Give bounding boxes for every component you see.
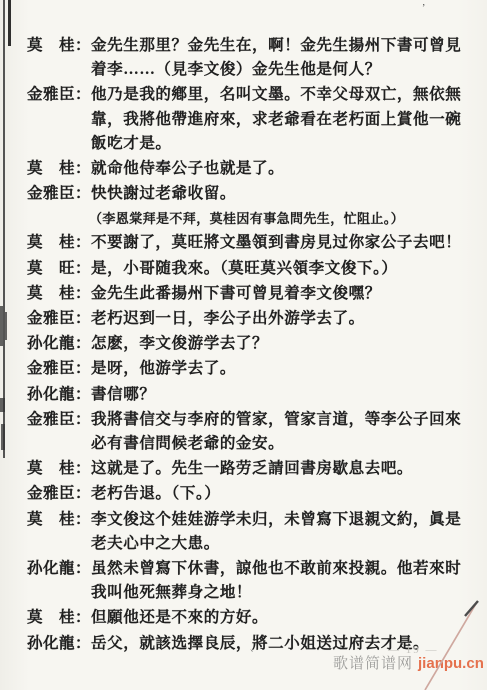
- dialogue-line: 孙化龍： 書信哪？: [27, 383, 467, 407]
- scan-artifact: ’: [422, 4, 425, 14]
- dialogue-text: 金先生那里？金先生在，啊！金先生揚州下書可曾見着李……（見李文俊）金先生他是何人…: [91, 34, 467, 82]
- left-edge-tick: [8, 0, 11, 46]
- left-binding-line: [3, 0, 5, 458]
- speaker-name: 莫 桂：: [27, 34, 91, 82]
- dialogue-text: 快快謝过老爺收留。: [91, 182, 467, 206]
- dialogue-text: 老朽告退。（下。）: [91, 482, 467, 506]
- dialogue-line: 莫 桂： 不要謝了，莫旺將文墨領到書房見过你家公子去吧！: [27, 231, 467, 255]
- scan-artifact: [1, 424, 5, 450]
- scanned-script-page: ’ 、 莫 桂： 金先生那里？金先生在，啊！金先生揚州下書可曾見着李……（見李文…: [0, 0, 487, 690]
- dialogue-content: 莫 桂： 金先生那里？金先生在，啊！金先生揚州下書可曾見着李……（見李文俊）金先…: [27, 34, 467, 657]
- speaker-name: 莫 桂：: [27, 157, 91, 181]
- speaker-name: 金雅臣：: [27, 182, 91, 206]
- speaker-name: 金雅臣：: [27, 83, 91, 156]
- speaker-name: 孙化龍：: [27, 632, 91, 656]
- dialogue-text: 这就是了。先生一路劳乏請回書房歇息去吧。: [91, 457, 467, 481]
- diagonal-scan-artifact: [377, 585, 487, 690]
- scan-artifact: [5, 312, 7, 340]
- dialogue-line: 莫 桂： 这就是了。先生一路劳乏請回書房歇息去吧。: [27, 457, 467, 481]
- dialogue-line: 莫 桂： 李文俊这个娃娃游学未归，未曾寫下退親文約，眞是老夫心中之大患。: [27, 508, 467, 556]
- dialogue-text: 書信哪？: [91, 383, 467, 407]
- dialogue-text: 怎麽，李文俊游学去了？: [91, 332, 467, 356]
- scan-artifact: [0, 398, 5, 412]
- dialogue-line: 金雅臣： 快快謝过老爺收留。: [27, 182, 467, 206]
- speaker-name: 莫 旺：: [27, 257, 91, 281]
- dialogue-line: 金雅臣： 老朽告退。（下。）: [27, 482, 467, 506]
- speaker-name: 莫 桂：: [27, 457, 91, 481]
- dialogue-text: 我將書信交与李府的管家，管家言道，等李公子回來必有書信問候老爺的金安。: [91, 408, 467, 456]
- dialogue-line: 金雅臣： 他乃是我的鄕里，名叫文墨。不幸父母双亡，無依無靠，我將他帶進府來，求老…: [27, 83, 467, 156]
- speaker-name: 莫 桂：: [27, 606, 91, 630]
- dialogue-line: 莫 桂： 就命他侍奉公子也就是了。: [27, 157, 467, 181]
- dialogue-line: 孙化龍： 怎麽，李文俊游学去了？: [27, 332, 467, 356]
- dialogue-text: 老朽迟到一日，李公子出外游学去了。: [91, 307, 467, 331]
- speaker-name: 金雅臣：: [27, 408, 91, 456]
- speaker-name: 孙化龍：: [27, 332, 91, 356]
- dialogue-text: 是呀，他游学去了。: [91, 357, 467, 381]
- dialogue-text: 金先生此番揚州下書可曾見着李文俊嘿？: [91, 282, 467, 306]
- speaker-name: 莫 桂：: [27, 508, 91, 556]
- dialogue-text: 他乃是我的鄕里，名叫文墨。不幸父母双亡，無依無靠，我將他帶進府來，求老爺看在老朽…: [91, 83, 467, 156]
- dialogue-text: 就命他侍奉公子也就是了。: [91, 157, 467, 181]
- dialogue-line: 莫 桂： 金先生此番揚州下書可曾見着李文俊嘿？: [27, 282, 467, 306]
- dialogue-text: 不要謝了，莫旺將文墨領到書房見过你家公子去吧！: [91, 231, 467, 255]
- speaker-name: 金雅臣：: [27, 357, 91, 381]
- dialogue-line: 金雅臣： 老朽迟到一日，李公子出外游学去了。: [27, 307, 467, 331]
- speaker-name: 莫 桂：: [27, 231, 91, 255]
- dialogue-text: 是，小哥随我來。（莫旺莫兴領李文俊下。）: [91, 257, 467, 281]
- speaker-name: 莫 桂：: [27, 282, 91, 306]
- speaker-name: 孙化龍：: [27, 557, 91, 605]
- dialogue-line: 金雅臣： 是呀，他游学去了。: [27, 357, 467, 381]
- dialogue-text: 李文俊这个娃娃游学未归，未曾寫下退親文約，眞是老夫心中之大患。: [91, 508, 467, 556]
- stage-direction-text: （李恩棠拜是不拜，莫桂因有事急問先生，忙阻止。）: [89, 207, 467, 230]
- speaker-name: 金雅臣：: [27, 307, 91, 331]
- dialogue-line: 莫 桂： 金先生那里？金先生在，啊！金先生揚州下書可曾見着李……（見李文俊）金先…: [27, 34, 467, 82]
- speaker-name: 孙化龍：: [27, 383, 91, 407]
- dialogue-line: 金雅臣： 我將書信交与李府的管家，管家言道，等李公子回來必有書信問候老爺的金安。: [27, 408, 467, 456]
- stage-direction: （李恩棠拜是不拜，莫桂因有事急問先生，忙阻止。）: [27, 207, 467, 230]
- scan-artifact: [0, 306, 3, 346]
- dialogue-line: 莫 旺： 是，小哥随我來。（莫旺莫兴領李文俊下。）: [27, 257, 467, 281]
- speaker-name: 金雅臣：: [27, 482, 91, 506]
